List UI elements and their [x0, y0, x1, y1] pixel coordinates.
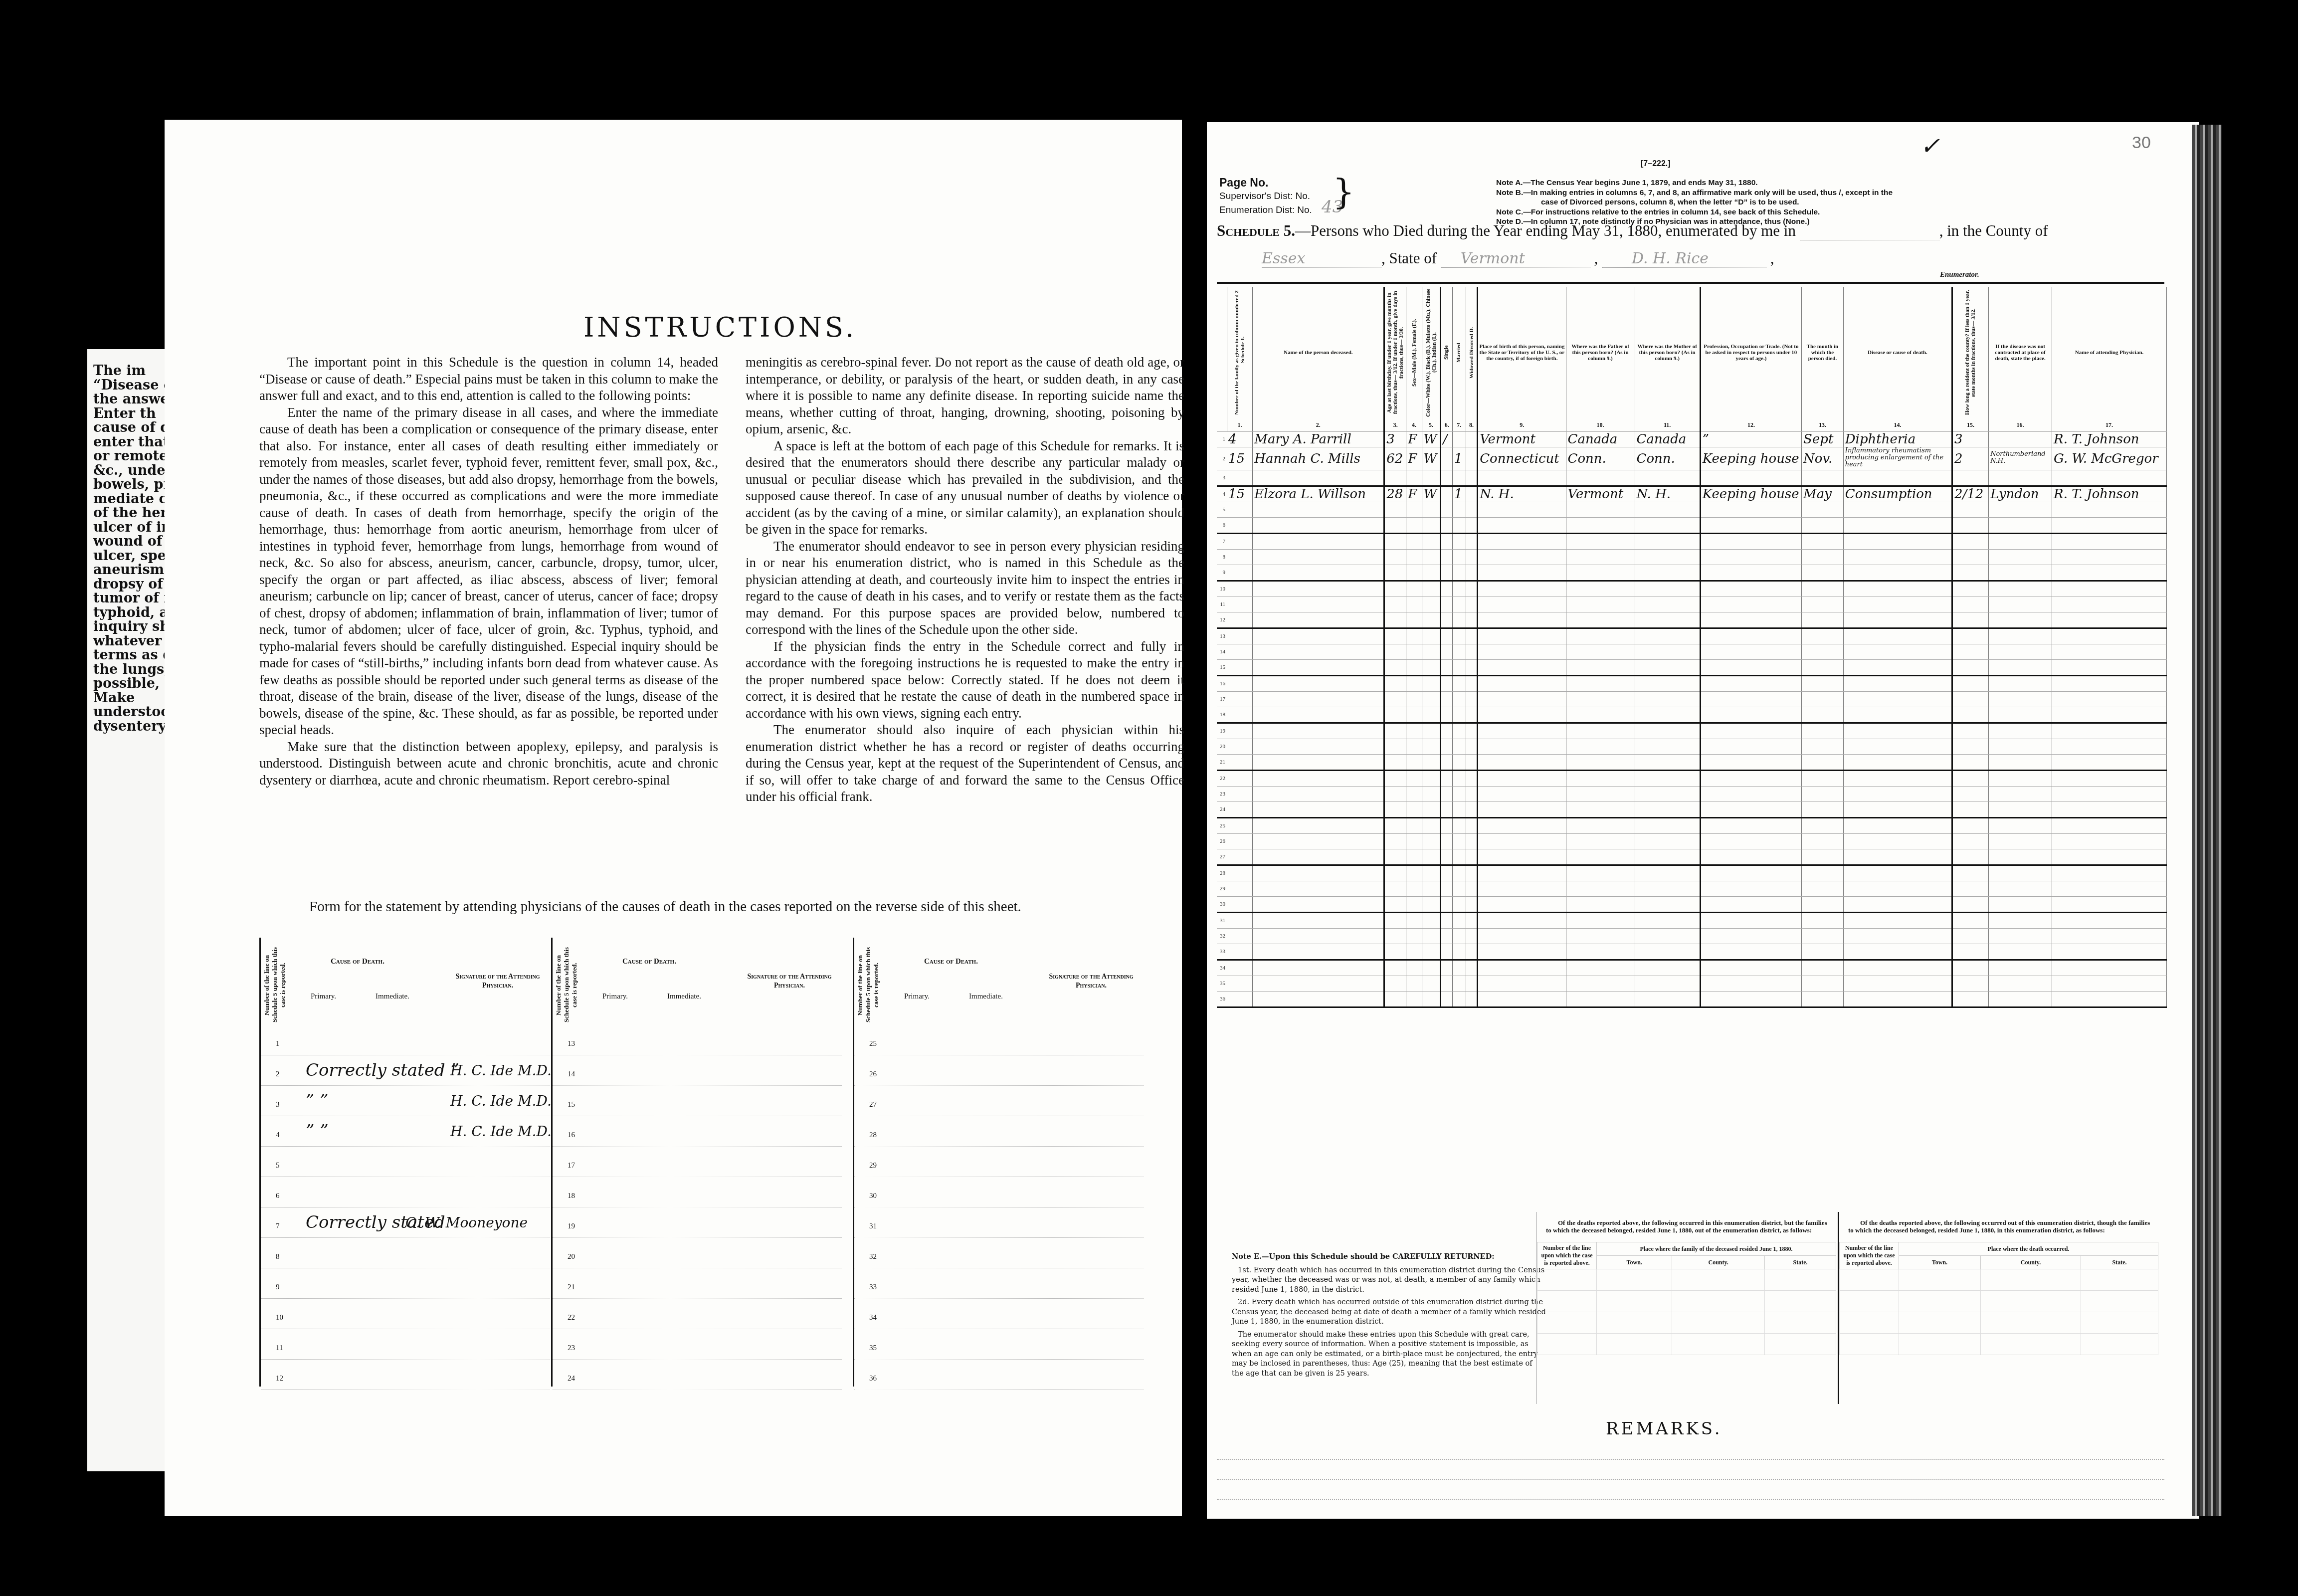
physician-signature[interactable]: H. C. Ide M.D.	[450, 1093, 552, 1109]
cell-occupation[interactable]	[1700, 470, 1801, 486]
cell-mother[interactable]	[1635, 676, 1700, 692]
cell-color[interactable]	[1422, 834, 1441, 849]
box-cell[interactable]	[2081, 1334, 2158, 1355]
schedule-row[interactable]: 12	[1217, 612, 2167, 628]
cell-birthplace[interactable]	[1478, 581, 1566, 597]
cell-family[interactable]	[1227, 739, 1253, 755]
cell-month[interactable]	[1802, 992, 1844, 1007]
cell-age[interactable]	[1384, 518, 1406, 534]
cell-name[interactable]	[1253, 660, 1384, 676]
cell-month[interactable]	[1802, 960, 1844, 976]
cell-birthplace[interactable]: N. H.	[1478, 486, 1566, 502]
cell-married[interactable]	[1452, 628, 1466, 644]
cell-contracted[interactable]	[1989, 432, 2052, 447]
cell-physician[interactable]	[2052, 550, 2167, 565]
cell-single[interactable]: /	[1441, 432, 1452, 447]
cell-name[interactable]	[1253, 897, 1384, 913]
cell-physician[interactable]	[2052, 628, 2167, 644]
cell-name[interactable]	[1253, 644, 1384, 660]
cell-residence[interactable]	[1952, 581, 1989, 597]
cell-contracted[interactable]	[1989, 660, 2052, 676]
cell-disease[interactable]: Diphtheria	[1843, 432, 1952, 447]
cell-disease[interactable]	[1843, 913, 1952, 929]
cell-color[interactable]	[1422, 470, 1441, 486]
cell-single[interactable]	[1441, 518, 1452, 534]
cell-birthplace[interactable]	[1478, 739, 1566, 755]
primary-cause[interactable]: ” ”	[306, 1091, 329, 1111]
cell-residence[interactable]	[1952, 597, 1989, 612]
physician-form-row[interactable]: 23	[553, 1329, 842, 1360]
physician-form-row[interactable]: 30	[854, 1177, 1144, 1207]
cell-single[interactable]	[1441, 723, 1452, 739]
cell-name[interactable]	[1253, 550, 1384, 565]
cell-name[interactable]	[1253, 834, 1384, 849]
cell-father[interactable]	[1566, 723, 1635, 739]
cell-physician[interactable]	[2052, 707, 2167, 723]
cell-mother[interactable]	[1635, 470, 1700, 486]
cell-single[interactable]	[1441, 676, 1452, 692]
cell-name[interactable]: Hannah C. Mills	[1253, 447, 1384, 470]
cell-single[interactable]	[1441, 644, 1452, 660]
box-cell[interactable]	[1537, 1269, 1597, 1291]
cell-occupation[interactable]	[1700, 787, 1801, 802]
cell-month[interactable]	[1802, 755, 1844, 771]
cell-sex[interactable]	[1406, 597, 1422, 612]
cell-occupation[interactable]	[1700, 976, 1801, 992]
schedule-row[interactable]: 35	[1217, 976, 2167, 992]
cell-widowed[interactable]	[1466, 944, 1477, 960]
cell-month[interactable]	[1802, 644, 1844, 660]
cell-birthplace[interactable]	[1478, 470, 1566, 486]
cell-residence[interactable]	[1952, 881, 1989, 897]
cell-married[interactable]	[1452, 644, 1466, 660]
box-cell[interactable]	[1672, 1334, 1765, 1355]
cell-widowed[interactable]	[1466, 447, 1477, 470]
cell-name[interactable]	[1253, 502, 1384, 518]
cell-disease[interactable]	[1843, 660, 1952, 676]
cell-color[interactable]	[1422, 518, 1441, 534]
cell-birthplace[interactable]: Vermont	[1478, 432, 1566, 447]
cell-widowed[interactable]	[1466, 502, 1477, 518]
cell-disease[interactable]	[1843, 502, 1952, 518]
cell-birthplace[interactable]	[1478, 897, 1566, 913]
cell-month[interactable]	[1802, 849, 1844, 865]
cell-sex[interactable]	[1406, 723, 1422, 739]
cell-father[interactable]	[1566, 565, 1635, 581]
cell-birthplace[interactable]	[1478, 612, 1566, 628]
cell-physician[interactable]	[2052, 897, 2167, 913]
cell-mother[interactable]	[1635, 881, 1700, 897]
cell-family[interactable]	[1227, 944, 1253, 960]
cell-birthplace[interactable]	[1478, 929, 1566, 944]
cell-residence[interactable]	[1952, 992, 1989, 1007]
cell-married[interactable]	[1452, 707, 1466, 723]
cell-mother[interactable]	[1635, 771, 1700, 787]
cell-color[interactable]	[1422, 581, 1441, 597]
box-cell[interactable]	[2081, 1312, 2158, 1334]
cell-sex[interactable]	[1406, 644, 1422, 660]
cell-father[interactable]	[1566, 771, 1635, 787]
cell-occupation[interactable]	[1700, 960, 1801, 976]
cell-married[interactable]	[1452, 723, 1466, 739]
schedule-row[interactable]: 30	[1217, 897, 2167, 913]
cell-month[interactable]	[1802, 707, 1844, 723]
cell-physician[interactable]	[2052, 692, 2167, 707]
cell-color[interactable]	[1422, 992, 1441, 1007]
cell-sex[interactable]	[1406, 628, 1422, 644]
cell-contracted[interactable]	[1989, 644, 2052, 660]
cell-father[interactable]: Vermont	[1566, 486, 1635, 502]
cell-name[interactable]	[1253, 597, 1384, 612]
cell-birthplace[interactable]	[1478, 849, 1566, 865]
cell-married[interactable]	[1452, 834, 1466, 849]
cell-married[interactable]	[1452, 660, 1466, 676]
cell-physician[interactable]	[2052, 771, 2167, 787]
schedule-row[interactable]: 34	[1217, 960, 2167, 976]
physician-form-row[interactable]: 32	[854, 1238, 1144, 1268]
schedule-row[interactable]: 28	[1217, 865, 2167, 881]
cell-age[interactable]	[1384, 929, 1406, 944]
cell-contracted[interactable]	[1989, 692, 2052, 707]
cell-mother[interactable]: N. H.	[1635, 486, 1700, 502]
schedule-row[interactable]: 36	[1217, 992, 2167, 1007]
cell-month[interactable]	[1802, 881, 1844, 897]
physician-form-row[interactable]: 3” ”H. C. Ide M.D.	[261, 1086, 550, 1116]
cell-name[interactable]: Elzora L. Willson	[1253, 486, 1384, 502]
cell-occupation[interactable]	[1700, 739, 1801, 755]
cell-physician[interactable]	[2052, 739, 2167, 755]
cell-physician[interactable]	[2052, 470, 2167, 486]
cell-occupation[interactable]	[1700, 992, 1801, 1007]
cell-married[interactable]	[1452, 818, 1466, 834]
box-cell[interactable]	[1597, 1334, 1672, 1355]
cell-occupation[interactable]	[1700, 802, 1801, 818]
cell-age[interactable]	[1384, 612, 1406, 628]
cell-sex[interactable]	[1406, 976, 1422, 992]
cell-sex[interactable]	[1406, 534, 1422, 550]
cell-sex[interactable]	[1406, 771, 1422, 787]
cell-single[interactable]	[1441, 976, 1452, 992]
cell-widowed[interactable]	[1466, 913, 1477, 929]
cell-residence[interactable]	[1952, 707, 1989, 723]
cell-family[interactable]	[1227, 976, 1253, 992]
cell-family[interactable]	[1227, 755, 1253, 771]
box-cell[interactable]	[1765, 1334, 1836, 1355]
schedule-row[interactable]: 3	[1217, 470, 2167, 486]
cell-contracted[interactable]	[1989, 913, 2052, 929]
box-cell[interactable]	[1840, 1334, 1899, 1355]
remarks-line[interactable]	[1217, 1479, 2164, 1480]
cell-age[interactable]	[1384, 771, 1406, 787]
cell-color[interactable]	[1422, 565, 1441, 581]
cell-color[interactable]	[1422, 929, 1441, 944]
physician-form-row[interactable]: 20	[553, 1238, 842, 1268]
cell-physician[interactable]	[2052, 644, 2167, 660]
cell-disease[interactable]	[1843, 518, 1952, 534]
cell-disease[interactable]	[1843, 976, 1952, 992]
cell-contracted[interactable]	[1989, 581, 2052, 597]
cell-color[interactable]	[1422, 612, 1441, 628]
cell-sex[interactable]	[1406, 929, 1422, 944]
cell-disease[interactable]	[1843, 755, 1952, 771]
cell-month[interactable]	[1802, 771, 1844, 787]
cell-name[interactable]	[1253, 929, 1384, 944]
cell-sex[interactable]	[1406, 818, 1422, 834]
cell-occupation[interactable]	[1700, 660, 1801, 676]
cell-residence[interactable]	[1952, 676, 1989, 692]
physician-form-row[interactable]: 29	[854, 1147, 1144, 1177]
cell-family[interactable]	[1227, 787, 1253, 802]
cell-father[interactable]	[1566, 960, 1635, 976]
cell-mother[interactable]	[1635, 802, 1700, 818]
cell-occupation[interactable]	[1700, 502, 1801, 518]
cell-name[interactable]	[1253, 581, 1384, 597]
cell-month[interactable]	[1802, 723, 1844, 739]
cell-residence[interactable]	[1952, 534, 1989, 550]
cell-married[interactable]	[1452, 929, 1466, 944]
cell-residence[interactable]: 2/12	[1952, 486, 1989, 502]
cell-contracted[interactable]	[1989, 612, 2052, 628]
physician-form-row[interactable]: 26	[854, 1055, 1144, 1086]
cell-widowed[interactable]	[1466, 897, 1477, 913]
cell-age[interactable]	[1384, 865, 1406, 881]
cell-name[interactable]: Mary A. Parrill	[1253, 432, 1384, 447]
schedule-row[interactable]: 16	[1217, 676, 2167, 692]
cell-widowed[interactable]	[1466, 771, 1477, 787]
cell-sex[interactable]	[1406, 944, 1422, 960]
cell-married[interactable]	[1452, 432, 1466, 447]
cell-name[interactable]	[1253, 802, 1384, 818]
schedule-row[interactable]: 29	[1217, 881, 2167, 897]
cell-mother[interactable]	[1635, 692, 1700, 707]
cell-married[interactable]	[1452, 502, 1466, 518]
cell-occupation[interactable]	[1700, 755, 1801, 771]
cell-mother[interactable]	[1635, 865, 1700, 881]
physician-form-row[interactable]: 31	[854, 1207, 1144, 1238]
cell-age[interactable]	[1384, 992, 1406, 1007]
cell-single[interactable]	[1441, 660, 1452, 676]
cell-single[interactable]	[1441, 755, 1452, 771]
cell-single[interactable]	[1441, 881, 1452, 897]
cell-residence[interactable]	[1952, 865, 1989, 881]
cell-occupation[interactable]	[1700, 944, 1801, 960]
cell-occupation[interactable]	[1700, 692, 1801, 707]
cell-single[interactable]	[1441, 802, 1452, 818]
cell-family[interactable]	[1227, 929, 1253, 944]
cell-contracted[interactable]	[1989, 865, 2052, 881]
cell-birthplace[interactable]	[1478, 755, 1566, 771]
cell-color[interactable]	[1422, 692, 1441, 707]
cell-father[interactable]	[1566, 612, 1635, 628]
box-row[interactable]	[1840, 1312, 2158, 1334]
cell-married[interactable]	[1452, 897, 1466, 913]
cell-family[interactable]	[1227, 660, 1253, 676]
cell-single[interactable]	[1441, 707, 1452, 723]
cell-father[interactable]	[1566, 913, 1635, 929]
cell-mother[interactable]	[1635, 834, 1700, 849]
cell-physician[interactable]	[2052, 960, 2167, 976]
cell-single[interactable]	[1441, 486, 1452, 502]
physician-form-row[interactable]: 12	[261, 1360, 550, 1390]
box-row[interactable]	[1537, 1312, 1836, 1334]
cell-sex[interactable]	[1406, 881, 1422, 897]
cell-birthplace[interactable]	[1478, 960, 1566, 976]
cell-contracted[interactable]	[1989, 802, 2052, 818]
cell-married[interactable]	[1452, 771, 1466, 787]
cell-occupation[interactable]	[1700, 865, 1801, 881]
cell-age[interactable]	[1384, 692, 1406, 707]
cell-age[interactable]	[1384, 534, 1406, 550]
cell-age[interactable]	[1384, 660, 1406, 676]
cell-mother[interactable]	[1635, 944, 1700, 960]
cell-name[interactable]	[1253, 976, 1384, 992]
box-cell[interactable]	[2081, 1291, 2158, 1312]
cell-disease[interactable]	[1843, 581, 1952, 597]
box-cell[interactable]	[1672, 1291, 1765, 1312]
schedule-row[interactable]: 27	[1217, 849, 2167, 865]
cell-physician[interactable]	[2052, 723, 2167, 739]
cell-residence[interactable]	[1952, 802, 1989, 818]
cell-married[interactable]	[1452, 581, 1466, 597]
cell-father[interactable]	[1566, 849, 1635, 865]
schedule-row[interactable]: 10	[1217, 581, 2167, 597]
box-row[interactable]	[1840, 1269, 2158, 1291]
cell-sex[interactable]	[1406, 470, 1422, 486]
cell-single[interactable]	[1441, 581, 1452, 597]
schedule-row[interactable]: 23	[1217, 787, 2167, 802]
schedule-row[interactable]: 17	[1217, 692, 2167, 707]
cell-widowed[interactable]	[1466, 755, 1477, 771]
cell-month[interactable]	[1802, 470, 1844, 486]
cell-residence[interactable]	[1952, 755, 1989, 771]
schedule-row[interactable]: 14Mary A. Parrill3FW/VermontCanadaCanada…	[1217, 432, 2167, 447]
primary-cause[interactable]: Correctly stated ”	[306, 1060, 459, 1080]
cell-father[interactable]	[1566, 881, 1635, 897]
cell-name[interactable]	[1253, 787, 1384, 802]
cell-month[interactable]: May	[1802, 486, 1844, 502]
schedule-row[interactable]: 32	[1217, 929, 2167, 944]
cell-age[interactable]	[1384, 502, 1406, 518]
cell-occupation[interactable]	[1700, 881, 1801, 897]
cell-father[interactable]	[1566, 755, 1635, 771]
cell-family[interactable]	[1227, 723, 1253, 739]
cell-married[interactable]	[1452, 865, 1466, 881]
cell-contracted[interactable]	[1989, 881, 2052, 897]
cell-father[interactable]	[1566, 944, 1635, 960]
cell-disease[interactable]	[1843, 818, 1952, 834]
cell-family[interactable]	[1227, 676, 1253, 692]
cell-widowed[interactable]	[1466, 802, 1477, 818]
cell-contracted[interactable]	[1989, 518, 2052, 534]
cell-name[interactable]	[1253, 960, 1384, 976]
cell-father[interactable]	[1566, 739, 1635, 755]
cell-single[interactable]	[1441, 929, 1452, 944]
cell-month[interactable]	[1802, 976, 1844, 992]
cell-mother[interactable]: Conn.	[1635, 447, 1700, 470]
physician-form-row[interactable]: 16	[553, 1116, 842, 1147]
cell-widowed[interactable]	[1466, 960, 1477, 976]
physician-form-row[interactable]: 35	[854, 1329, 1144, 1360]
cell-widowed[interactable]	[1466, 486, 1477, 502]
box-row[interactable]	[1537, 1334, 1836, 1355]
cell-occupation[interactable]: Keeping house	[1700, 486, 1801, 502]
cell-birthplace[interactable]	[1478, 913, 1566, 929]
cell-birthplace[interactable]	[1478, 692, 1566, 707]
box-cell[interactable]	[1537, 1334, 1597, 1355]
cell-age[interactable]	[1384, 581, 1406, 597]
cell-name[interactable]	[1253, 881, 1384, 897]
cell-physician[interactable]	[2052, 534, 2167, 550]
cell-married[interactable]	[1452, 881, 1466, 897]
box-row[interactable]	[1537, 1291, 1836, 1312]
cell-contracted[interactable]: Lyndon	[1989, 486, 2052, 502]
cell-birthplace[interactable]	[1478, 976, 1566, 992]
cell-month[interactable]: Nov.	[1802, 447, 1844, 470]
cell-color[interactable]	[1422, 865, 1441, 881]
box-cell[interactable]	[1840, 1312, 1899, 1334]
cell-disease[interactable]	[1843, 849, 1952, 865]
cell-occupation[interactable]	[1700, 849, 1801, 865]
cell-contracted[interactable]	[1989, 960, 2052, 976]
cell-mother[interactable]	[1635, 976, 1700, 992]
cell-month[interactable]	[1802, 550, 1844, 565]
box-cell[interactable]	[1980, 1291, 2081, 1312]
cell-family[interactable]	[1227, 628, 1253, 644]
physician-form-row[interactable]: 7Correctly statedO. W. Mooneyone	[261, 1207, 550, 1238]
box-cell[interactable]	[1840, 1269, 1899, 1291]
box-cell[interactable]	[1840, 1291, 1899, 1312]
cell-single[interactable]	[1441, 913, 1452, 929]
cell-sex[interactable]	[1406, 502, 1422, 518]
cell-color[interactable]	[1422, 944, 1441, 960]
cell-father[interactable]	[1566, 534, 1635, 550]
cell-residence[interactable]	[1952, 976, 1989, 992]
cell-occupation[interactable]	[1700, 550, 1801, 565]
cell-mother[interactable]	[1635, 581, 1700, 597]
cell-name[interactable]	[1253, 612, 1384, 628]
cell-color[interactable]: W	[1422, 432, 1441, 447]
cell-married[interactable]: 1	[1452, 486, 1466, 502]
cell-name[interactable]	[1253, 992, 1384, 1007]
box-cell[interactable]	[1672, 1269, 1765, 1291]
cell-married[interactable]	[1452, 597, 1466, 612]
cell-married[interactable]	[1452, 960, 1466, 976]
box-cell[interactable]	[1765, 1312, 1836, 1334]
cell-contracted[interactable]	[1989, 470, 2052, 486]
cell-disease[interactable]	[1843, 707, 1952, 723]
cell-single[interactable]	[1441, 447, 1452, 470]
cell-single[interactable]	[1441, 502, 1452, 518]
cell-color[interactable]	[1422, 976, 1441, 992]
cell-occupation[interactable]	[1700, 771, 1801, 787]
cell-mother[interactable]	[1635, 787, 1700, 802]
cell-mother[interactable]	[1635, 739, 1700, 755]
cell-sex[interactable]: F	[1406, 432, 1422, 447]
cell-mother[interactable]	[1635, 960, 1700, 976]
cell-age[interactable]	[1384, 676, 1406, 692]
cell-physician[interactable]	[2052, 834, 2167, 849]
physician-form-row[interactable]: 8	[261, 1238, 550, 1268]
cell-physician[interactable]	[2052, 802, 2167, 818]
cell-father[interactable]: Canada	[1566, 432, 1635, 447]
cell-sex[interactable]	[1406, 787, 1422, 802]
remarks-line[interactable]	[1217, 1459, 2164, 1460]
cell-family[interactable]: 4	[1227, 432, 1253, 447]
physician-form-row[interactable]: 6	[261, 1177, 550, 1207]
cell-contracted[interactable]	[1989, 771, 2052, 787]
cell-mother[interactable]	[1635, 913, 1700, 929]
cell-father[interactable]	[1566, 818, 1635, 834]
